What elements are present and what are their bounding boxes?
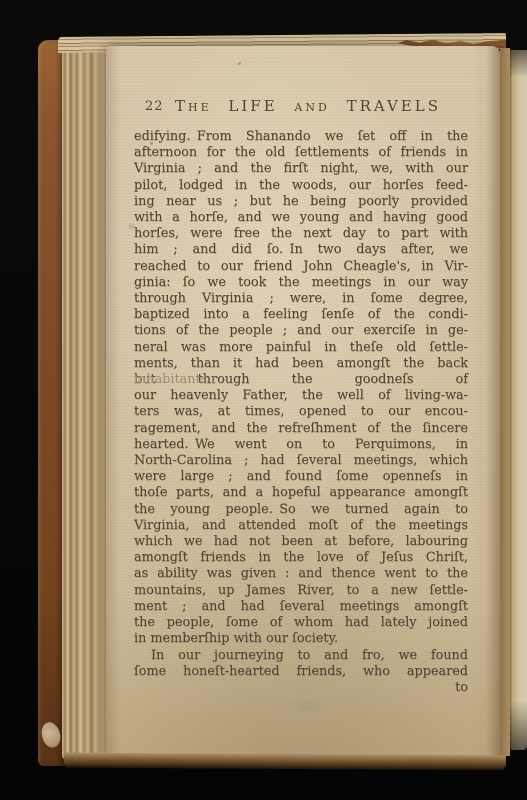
text-line: horſes, were free the next day to part w… [134,226,468,242]
text-line: reached to our friend John Cheagle's, in… [134,259,468,275]
catchword: to [134,680,468,696]
text-line: ſome honeſt-hearted friends, who appeare… [134,664,468,680]
text-line: him ; and did ſo. In two days after, we [134,242,468,258]
text-line: In our journeying to and fro, we found [134,648,468,664]
text-line: ragement, and the refreſhment of the ſin… [134,421,468,437]
text-line: the people, ſome of whom had lately join… [134,615,468,631]
text-line: tions of the people ; and our exerciſe i… [134,323,468,339]
page-header: 22 The LIFE and TRAVELS [134,97,468,117]
text-line: afternoon for the old ſettlements of fri… [134,145,468,161]
text-line: baptized into a feeling ſenſe of the con… [134,307,468,323]
book-scan: 22 The LIFE and TRAVELS edifying. From S… [0,0,527,800]
page-stack-edges [62,42,110,762]
text-line: mountains, up James River, to a new ſett… [134,583,468,599]
text-block: edifying. From Shanando we ſet off in th… [134,129,468,696]
text-line: amongſt friends in the love of Jeſus Chr… [134,550,468,566]
text-line: ments, than it had been amongſt the back [134,356,468,372]
page-gap-shadow [500,48,510,756]
text-line: ginia: ſo we took the meetings in our wa… [134,275,468,291]
text-line: edifying. From Shanando we ſet off in th… [134,129,468,145]
text-line: as ability was given : and thence went t… [134,566,468,582]
book-spine [38,40,64,766]
text-line: our heavenly Father, the well of living-… [134,388,468,404]
page-number: 22 [145,99,164,114]
text-line: hearted. We went on to Perquimons, in [134,437,468,453]
text-line: ters was, at times, opened to our encou- [134,404,468,420]
page-stain [284,700,330,711]
text-line: inhabitants : but through the goodneſs o… [134,372,468,388]
running-title: The LIFE and TRAVELS [134,97,468,115]
text-line: North-Carolina ; had ſeveral meetings, w… [134,453,468,469]
text-line: Virginia ; and the firſt night, we, with… [134,161,468,177]
text-line: Virginia, and attended moſt of the meeti… [134,518,468,534]
page-bottom-edge [64,753,506,771]
next-page-edge [510,50,527,750]
text-line: in memberſhip with our ſociety. [134,631,468,647]
text-line: with a horſe, and we young and having go… [134,210,468,226]
text-line: neral was more painful in theſe old ſett… [134,340,468,356]
text-line: ment ; and had ſeveral meetings amongſt [134,599,468,615]
text-line: which we had not been at before, labouri… [134,534,468,550]
text-line: through Virginia ; were, in ſome degree, [134,291,468,307]
page-speck [238,62,241,65]
text-line: pilot, lodged in the woods, our horſes f… [134,178,468,194]
text-line: the young people. So we turned again to [134,502,468,518]
text-line: thoſe parts, and a hopeful appearance am… [134,485,468,501]
faded-text: inhabitants : [134,372,216,388]
text-line: were large ; and found ſome openneſs in [134,469,468,485]
text-line: ing near us ; but he being poorly provid… [134,194,468,210]
